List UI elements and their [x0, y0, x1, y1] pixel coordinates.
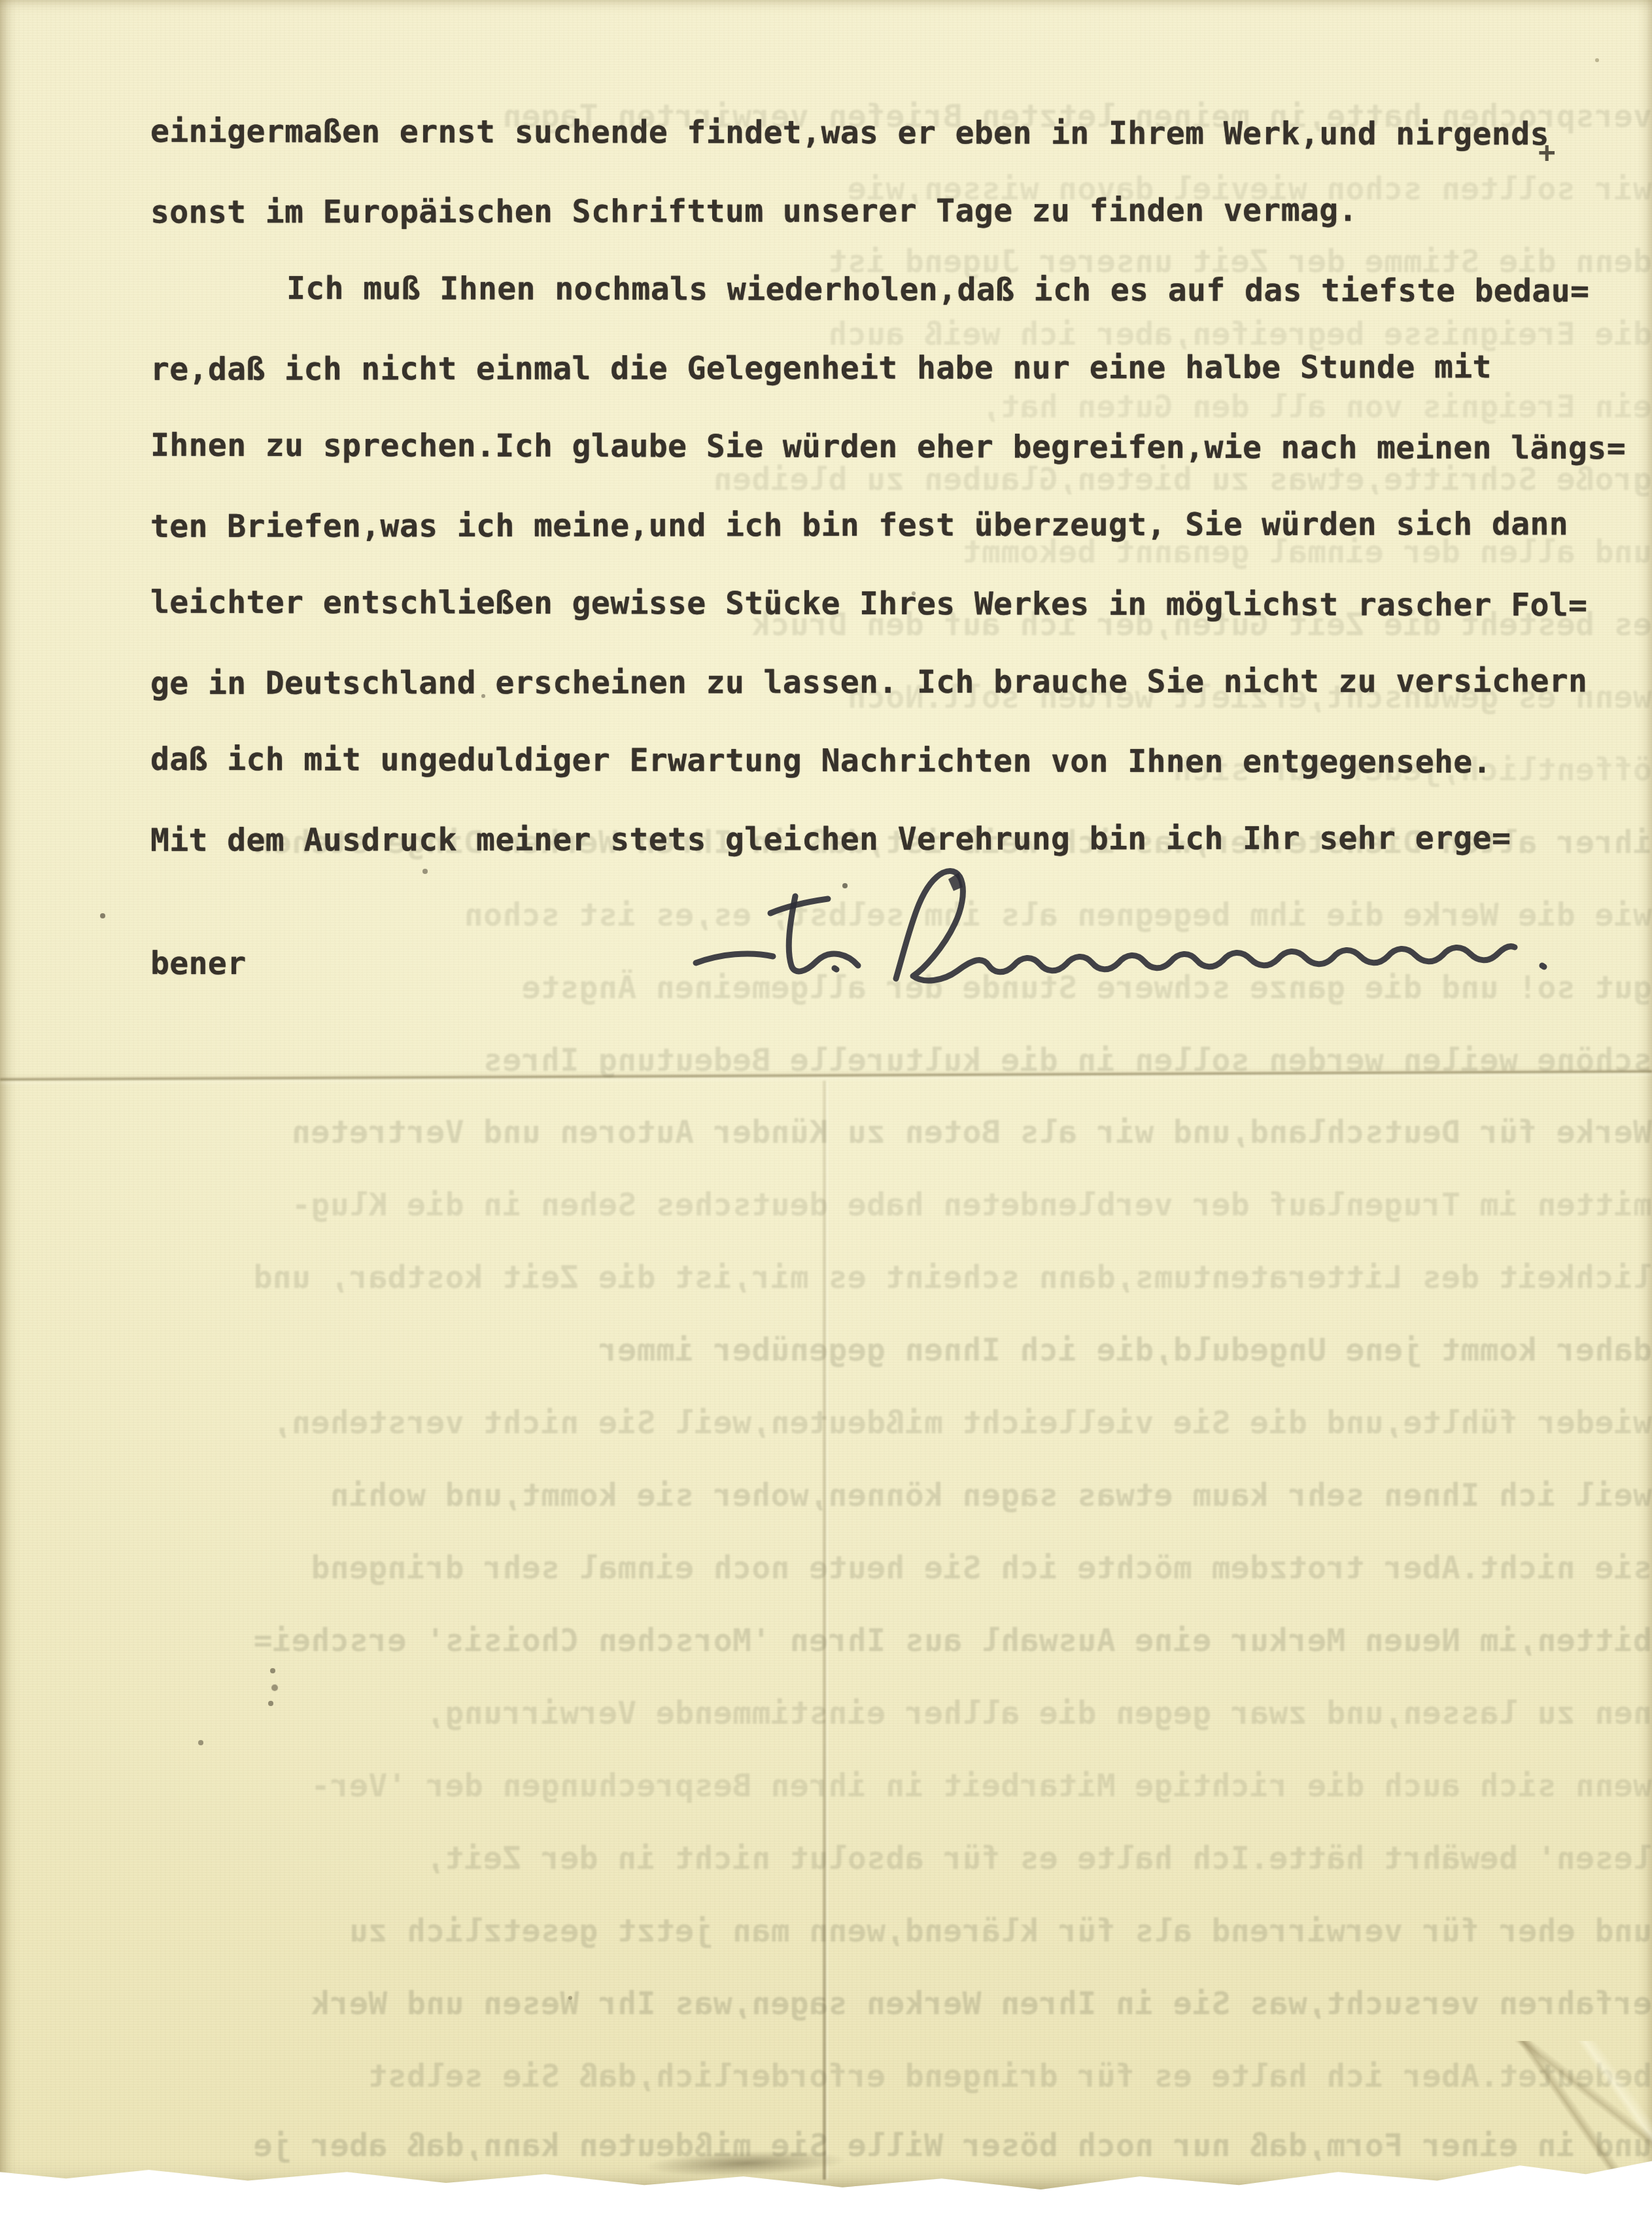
bleedthrough-line: und eher für verwirrend als für klärend,… — [0, 1913, 1652, 1952]
typed-line: re,daß ich nicht einmal die Gelegenheit … — [150, 349, 1492, 392]
bleedthrough-line: bitten,im Neuen Merkur eine Auswahl aus … — [0, 1622, 1652, 1662]
bleedthrough-line: erfahren versucht,was Sie in Ihren Werke… — [0, 1985, 1652, 2025]
bottom-right-crease — [1498, 2041, 1652, 2178]
bleedthrough-line: lesen' bewährt hätte.Ich halte es für ab… — [0, 1840, 1652, 1879]
typed-line: ge in Deutschland erscheinen zu lassen. … — [150, 663, 1587, 706]
bleedthrough-line: daher kommt jene Ungeduld,die ich Ihnen … — [0, 1332, 1652, 1371]
bleedthrough-line: nen zu lassen,und zwar gegen die allher … — [0, 1695, 1652, 1734]
stray-plus-mark: + — [1538, 136, 1556, 169]
vertical-fold-crease — [823, 1081, 826, 2180]
typed-line: leichter entschließen gewisse Stücke Ihr… — [150, 584, 1588, 628]
typed-line: ten Briefen,was ich meine,und ich bin fe… — [150, 506, 1568, 549]
signature-handwriting — [687, 850, 1576, 1040]
dust-specks — [0, 0, 3, 3]
bleedthrough-line: bedeutet.Aber ich halte es für dringend … — [0, 2058, 1652, 2097]
typed-line: einigermaßen ernst suchende findet,was e… — [150, 113, 1549, 156]
bleedthrough-line: sie nicht.Aber trotzdem möchte ich Sie h… — [0, 1550, 1652, 1589]
scan-canvas: versprochen hatte,in meinen letzten Brie… — [0, 0, 1652, 2232]
typed-line: bener — [150, 945, 247, 986]
bleedthrough-line: mitten im Trugenlauf der verblendeten ha… — [0, 1187, 1652, 1226]
bleedthrough-line: Werke für Deutschland,und wir als Boten … — [0, 1114, 1652, 1153]
typed-line: daß ich mit ungeduldiger Erwartung Nachr… — [150, 741, 1492, 784]
bleedthrough-line: wieder fühlte,und die Sie vielleicht miß… — [0, 1404, 1652, 1444]
bleedthrough-line: lichkeit des Litteratentums,dann scheint… — [0, 1259, 1652, 1299]
typed-line: Ich muß Ihnen nochmals wiederholen,daß i… — [286, 270, 1589, 313]
typed-line: Ihnen zu sprechen.Ich glaube Sie würden … — [150, 427, 1626, 471]
typed-line: sonst im Europäischen Schrifttum unserer… — [150, 192, 1358, 234]
letter-page: versprochen hatte,in meinen letzten Brie… — [0, 0, 1652, 2189]
bleedthrough-line: weil ich Ihnen sehr kaum etwas sagen kön… — [0, 1477, 1652, 1516]
bleedthrough-line: wenn sich auch die richtige Mitarbeit in… — [0, 1768, 1652, 1807]
bleedthrough-line: ein Ereignis von all den Guten hat, — [0, 389, 1652, 428]
